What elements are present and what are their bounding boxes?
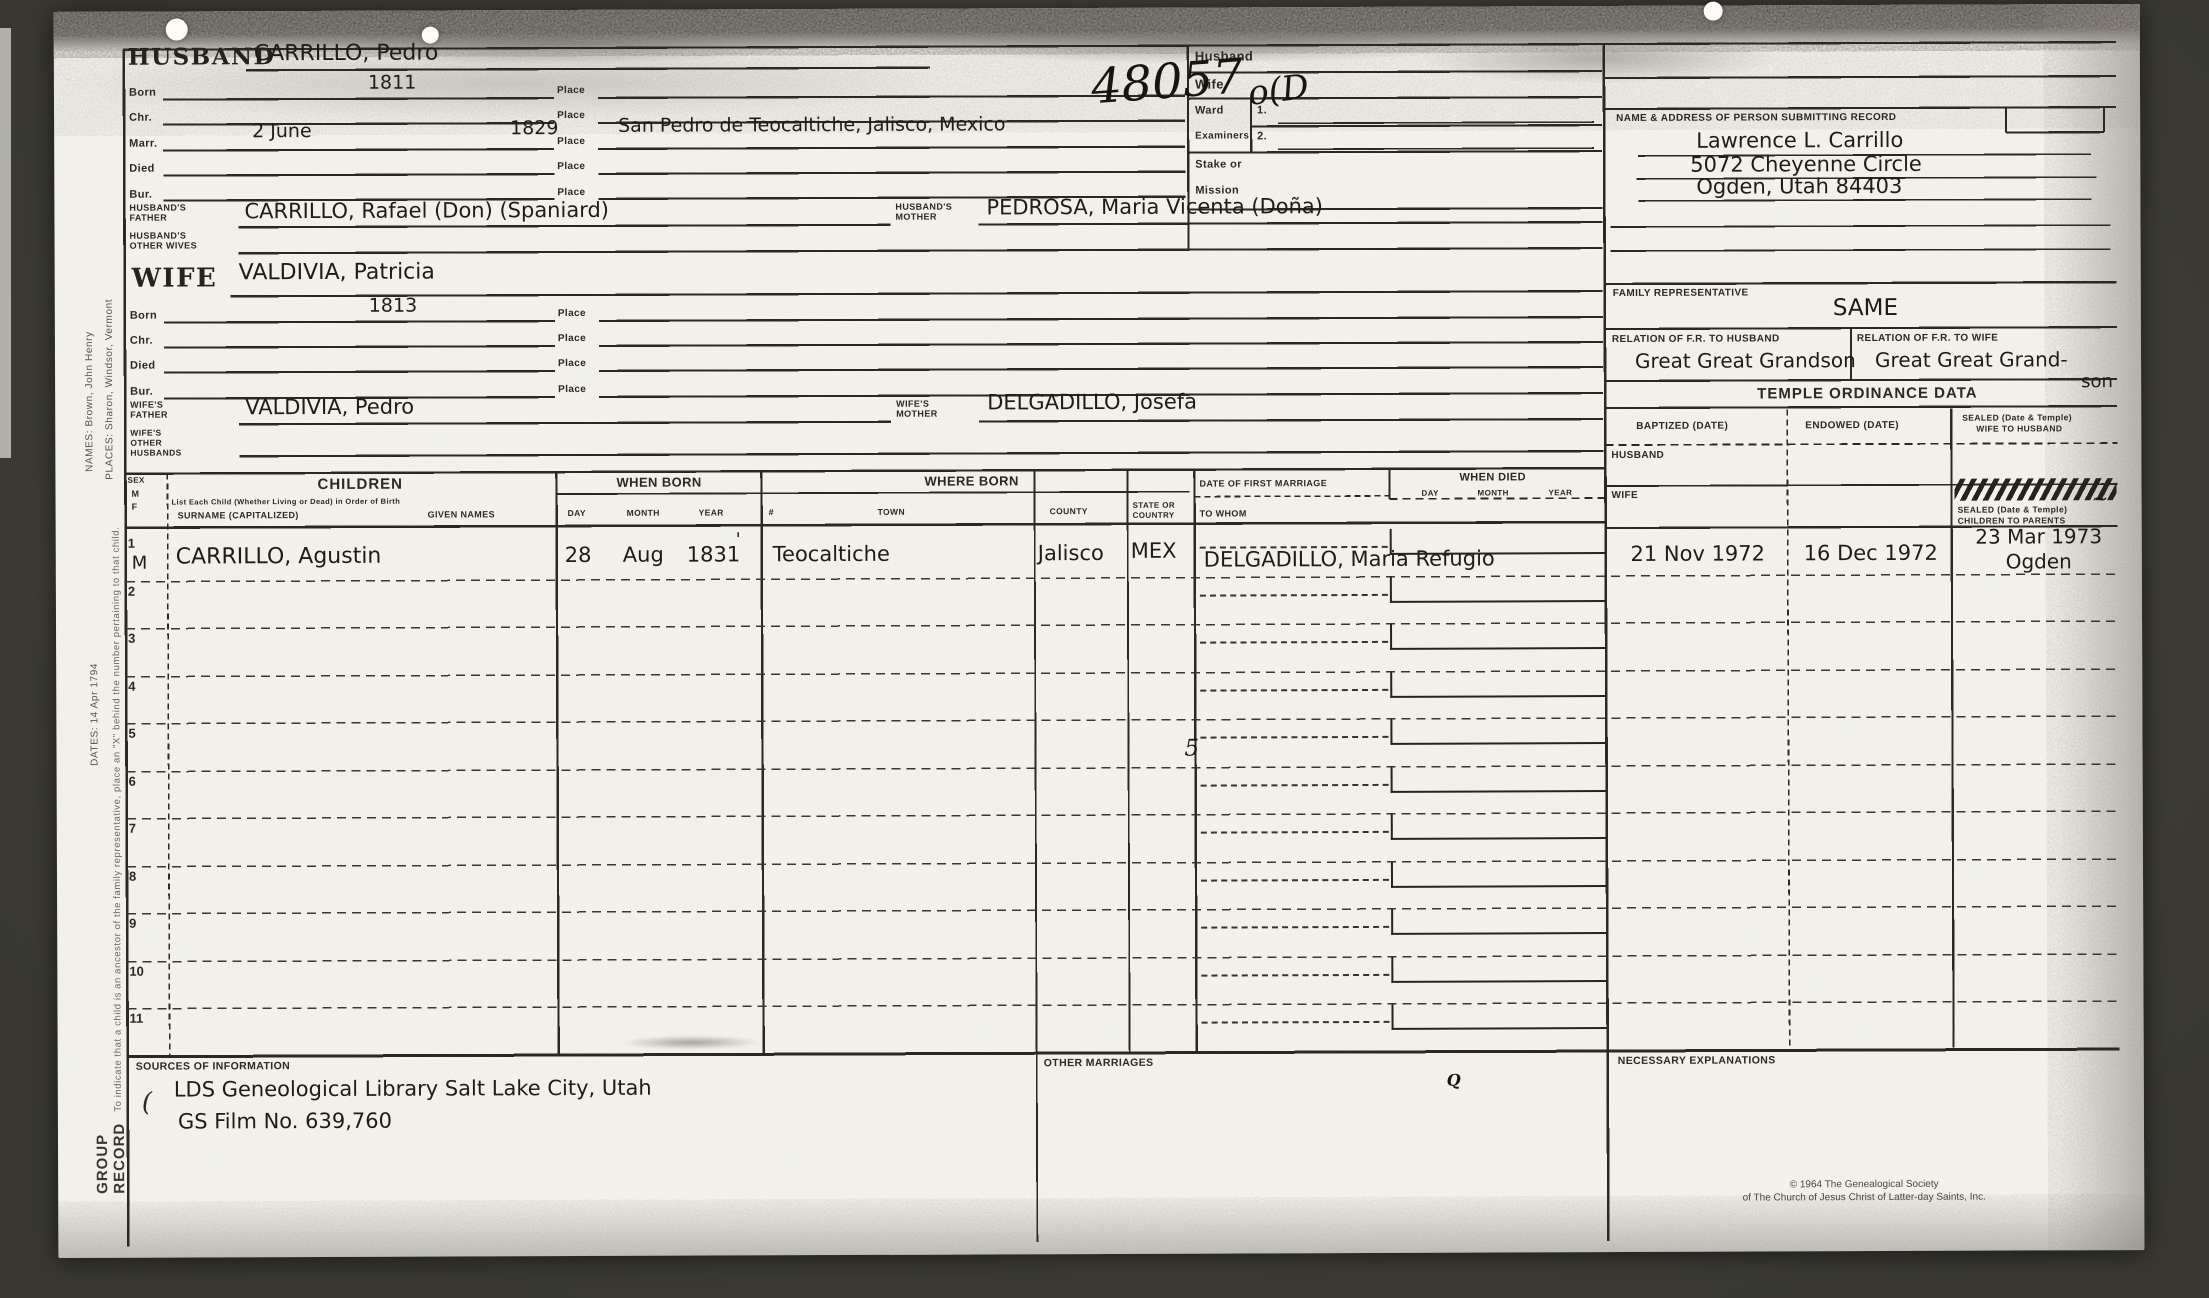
- sealed-wife-header: WIFE TO HUSBAND: [1976, 424, 2062, 433]
- copyright-notice: © 1964 The Genealogical Society of The C…: [1634, 1178, 2094, 1205]
- when-died-header: WHEN DIED: [1459, 472, 1526, 483]
- submitter-city: Ogden, Utah 84403: [1696, 176, 1902, 198]
- child-baptized-date: 21 Nov 1972: [1608, 543, 1788, 565]
- wife-mother-label: WIFE'S: [896, 400, 929, 409]
- child-sealed-temple: [1954, 694, 2124, 695]
- child-row: 7: [126, 811, 2121, 866]
- child-baptized-date: [1608, 733, 1788, 734]
- child-number: 7: [129, 822, 136, 835]
- when-died-box: [1391, 956, 1606, 983]
- relation-husband-label: RELATION OF F.R. TO HUSBAND: [1612, 334, 1780, 345]
- child-endowed-date: [1791, 923, 1953, 924]
- child-sealed-temple: [1955, 931, 2125, 932]
- wife-father-label: WIFE'S: [130, 401, 163, 410]
- family-representative-value: SAME: [1833, 297, 1898, 320]
- child-endowed-date: [1790, 638, 1952, 639]
- child-endowed-date: [1790, 591, 1952, 592]
- child-row: 3: [125, 621, 2120, 676]
- to-whom-line: [1201, 879, 1389, 882]
- child-row: 10: [126, 954, 2121, 1009]
- year-header: YEAR: [699, 508, 724, 517]
- baptized-column-header: BAPTIZED (DATE): [1636, 422, 1728, 432]
- to-whom-line: [1200, 689, 1388, 692]
- when-died-box: [1391, 813, 1606, 840]
- child-name: CARRILLO, Agustin: [176, 546, 382, 569]
- child-sealed-date: [1955, 906, 2125, 907]
- wife-other-husbands-label: WIFE'S: [130, 429, 161, 438]
- relation-wife-value-cont: son: [2081, 373, 2113, 391]
- wife-father-label: FATHER: [130, 411, 168, 420]
- endowed-column-header: ENDOWED (DATE): [1805, 421, 1899, 431]
- husband-father-label: FATHER: [129, 214, 167, 223]
- child-sealed-temple: [1955, 836, 2125, 837]
- child-sealed-date: [1954, 621, 2124, 622]
- to-whom-line: [1200, 594, 1388, 597]
- child-endowed-date: [1792, 1018, 1954, 1019]
- child-row: 2: [125, 574, 2120, 629]
- child-baptized-date: [1608, 638, 1788, 639]
- child-sealed-date: 23 Mar 1973: [1954, 526, 2124, 547]
- child-number: 9: [129, 917, 136, 930]
- scanned-family-group-record: HUSBAND CARRILLO, Pedro Born 1811 Place …: [0, 0, 2209, 1298]
- temple-husband-row-label: HUSBAND: [1611, 451, 1664, 461]
- place-label: Place: [558, 309, 586, 319]
- group-record-line-2: RECORD: [111, 1123, 128, 1194]
- source-line-2: GS Film No. 639,760: [178, 1111, 392, 1133]
- child-sealed-date: [1955, 1001, 2125, 1002]
- child-row: 6: [126, 764, 2121, 819]
- day-header: DAY: [568, 509, 586, 518]
- to-whom-line: [1201, 974, 1389, 977]
- wife-born-value: 1813: [369, 297, 417, 316]
- died-year-header: YEAR: [1549, 489, 1573, 497]
- child-row: 4: [125, 669, 2120, 724]
- explanations-header: NECESSARY EXPLANATIONS: [1618, 1055, 1776, 1066]
- child-born-county: Jalisco: [1038, 543, 1104, 564]
- to-whom-line: [1201, 926, 1389, 929]
- place-label: Place: [558, 334, 586, 344]
- wife-mother-value: DELGADILLO, Josefa: [987, 392, 1197, 414]
- punch-hole: [166, 18, 188, 40]
- first-marriage-header: DATE OF FIRST MARRIAGE: [1199, 479, 1327, 488]
- given-names-header: GIVEN NAMES: [428, 510, 495, 519]
- place-label: Place: [557, 86, 585, 96]
- when-died-box: [1390, 528, 1605, 555]
- place-label: Place: [557, 162, 585, 172]
- child-endowed-date: [1791, 781, 1953, 782]
- to-whom-line: [1200, 641, 1388, 644]
- wife-died-label: Died: [130, 361, 155, 372]
- child-baptized-date: [1608, 591, 1788, 592]
- to-whom-line: [1201, 831, 1389, 834]
- place-label: Place: [557, 137, 585, 147]
- child-sealed-temple: [1955, 884, 2125, 885]
- punch-hole: [1704, 2, 1723, 21]
- place-label: Place: [558, 359, 586, 369]
- child-row: 11: [126, 1001, 2121, 1056]
- child-sealed-temple: Ogden: [1954, 551, 2124, 572]
- when-died-box: [1390, 576, 1605, 603]
- husband-mother-label: MOTHER: [895, 213, 936, 222]
- child-row: 5: [125, 716, 2120, 771]
- child-baptized-date: [1609, 781, 1789, 782]
- mission-label: Mission: [1195, 185, 1239, 196]
- when-died-box: [1391, 1003, 1606, 1030]
- child-endowed-date: [1790, 733, 1952, 734]
- child-sex: M: [132, 555, 148, 573]
- husband-born-value: 1811: [368, 74, 416, 93]
- child-number: 6: [129, 775, 136, 788]
- child-sealed-date: [1955, 764, 2125, 765]
- copyright-line-2: of The Church of Jesus Christ of Latter-…: [1743, 1191, 1986, 1203]
- handwritten-paren: (: [142, 1090, 152, 1116]
- child-born-country: MEX: [1131, 541, 1177, 562]
- to-whom-line: [1202, 1021, 1390, 1024]
- child-endowed-date: 16 Dec 1972: [1790, 543, 1952, 565]
- town-mark: #: [769, 508, 774, 517]
- other-marriages-header: OTHER MARRIAGES: [1044, 1058, 1154, 1069]
- child-endowed-date: [1791, 971, 1953, 972]
- child-sealed-temple: [1955, 979, 2125, 980]
- source-line-1: LDS Geneological Library Salt Lake City,…: [174, 1078, 652, 1101]
- margin-names-example: NAMES: Brown, John Henry: [85, 331, 96, 472]
- ink-squiggle: ~: [2092, 488, 2109, 508]
- husband-marr-day: 2 June: [252, 122, 312, 141]
- group-record-line-1: GROUP: [94, 1134, 111, 1194]
- child-number: 2: [128, 585, 135, 598]
- when-died-box: [1391, 766, 1606, 793]
- child-sealed-temple: [1955, 789, 2125, 790]
- when-died-box: [1390, 671, 1605, 698]
- wife-bur-label: Bur.: [130, 387, 153, 398]
- wife-section-label: WIFE: [132, 265, 218, 291]
- child-sealed-date: [1954, 669, 2124, 670]
- child-sealed-temple: [1954, 599, 2124, 600]
- sealed-wife-header: SEALED (Date & Temple): [1962, 413, 2072, 422]
- place-label: Place: [557, 111, 585, 121]
- husband-name-value: CARRILLO, Pedro: [254, 43, 439, 66]
- handwritten-5-mark: 5: [1184, 738, 1199, 761]
- margin-instruction: To indicate that a child is an ancestor …: [112, 527, 124, 1112]
- when-died-box: [1391, 908, 1606, 935]
- child-born-day: 28: [565, 545, 592, 566]
- wife-chr-label: Chr.: [130, 336, 153, 347]
- state-header: COUNTRY: [1133, 512, 1175, 520]
- wife-name-value: VALDIVIA, Patricia: [239, 262, 435, 285]
- when-died-box: [1390, 718, 1605, 745]
- ink-blot: Q: [1447, 1073, 1461, 1089]
- child-sealed-temple: [1954, 741, 2124, 742]
- husband-other-wives-label: HUSBAND'S: [130, 232, 187, 241]
- stake-label: Stake or: [1195, 159, 1242, 170]
- child-sealed-date: [1955, 954, 2125, 955]
- died-day-header: DAY: [1422, 490, 1439, 498]
- punch-hole: [422, 27, 439, 44]
- child-born-town: Teocaltiche: [773, 544, 890, 565]
- handwritten-control-number: 48057: [1089, 52, 1245, 111]
- relation-wife-value: Great Great Grand-: [1875, 349, 2068, 370]
- margin-places-example: PLACES: Sharon, Windsor, Vermont: [105, 299, 116, 480]
- child-baptized-date: [1609, 828, 1789, 829]
- child-number: 8: [129, 870, 136, 883]
- child-number: 10: [129, 965, 144, 978]
- sex-f: F: [132, 503, 138, 512]
- examiner-2: 2.: [1257, 131, 1267, 142]
- where-born-header: WHERE BORN: [924, 474, 1018, 487]
- child-baptized-date: [1609, 971, 1789, 972]
- place-label: Place: [558, 385, 586, 395]
- wife-other-husbands-label: HUSBANDS: [130, 449, 181, 458]
- husband-marr-place: San Pedro de Teocaltiche, Jalisco, Mexic…: [618, 115, 1005, 135]
- to-whom-line: [1201, 784, 1389, 787]
- child-sealed-temple: [1954, 646, 2124, 647]
- place-label: Place: [557, 188, 585, 198]
- copyright-line-1: © 1964 The Genealogical Society: [1790, 1179, 1939, 1191]
- relation-wife-label: RELATION OF F.R. TO WIFE: [1857, 334, 1998, 345]
- sources-header: SOURCES OF INFORMATION: [136, 1061, 290, 1072]
- child-born-year: 1831: [687, 544, 741, 565]
- husband-bur-label: Bur.: [129, 190, 152, 201]
- ink-tick: ': [736, 531, 741, 549]
- child-endowed-date: [1791, 828, 1953, 829]
- relation-husband-value: Great Great Grandson: [1635, 350, 1856, 371]
- child-sealed-date: [1955, 811, 2125, 812]
- when-died-box: [1390, 623, 1605, 650]
- surname-header: SURNAME (CAPITALIZED): [178, 511, 299, 520]
- husband-mother-value: PEDROSA, Maria Vicenta (Doña): [986, 196, 1323, 218]
- when-died-box: [1391, 861, 1606, 888]
- submitter-name: Lawrence L. Carrillo: [1696, 130, 1903, 152]
- child-number: 4: [128, 680, 135, 693]
- child-sealed-date: [1954, 574, 2124, 575]
- when-born-header: WHEN BORN: [616, 476, 701, 489]
- husband-other-wives-label: OTHER WIVES: [130, 241, 197, 250]
- month-header: MONTH: [627, 509, 660, 518]
- child-sealed-date: [1955, 859, 2125, 860]
- child-number: 1: [128, 537, 135, 550]
- wife-father-value: VALDIVIA, Pedro: [245, 397, 414, 419]
- group-record-label: GROUP RECORD: [94, 1123, 128, 1194]
- husband-marr-year: 1829: [510, 119, 558, 138]
- child-baptized-date: [1609, 923, 1789, 924]
- pencil-smudge: [622, 1035, 762, 1050]
- child-baptized-date: [1608, 686, 1788, 687]
- sealed-children-header: SEALED (Date & Temple): [1958, 505, 2068, 514]
- sex-header: SEX: [127, 477, 144, 485]
- child-row: 8: [126, 859, 2121, 914]
- temple-wife-row-label: WIFE: [1612, 491, 1639, 501]
- child-row: 9: [126, 906, 2121, 961]
- husband-father-label: HUSBAND'S: [129, 204, 186, 213]
- submitter-header: NAME & ADDRESS OF PERSON SUBMITTING RECO…: [1616, 113, 1896, 124]
- child-baptized-date: [1610, 1018, 1790, 1019]
- child-endowed-date: [1790, 686, 1952, 687]
- to-whom-line: [1200, 736, 1388, 739]
- child-number: 5: [128, 727, 135, 740]
- county-header: COUNTY: [1050, 507, 1088, 516]
- wife-other-husbands-label: OTHER: [130, 439, 162, 448]
- husband-mother-label: HUSBAND'S: [895, 203, 952, 212]
- handwritten-flourish: o(D: [1246, 70, 1311, 111]
- child-number: 11: [129, 1012, 143, 1025]
- child-number: 3: [128, 632, 135, 645]
- child-born-month: Aug: [623, 545, 664, 566]
- husband-marr-label: Marr.: [129, 139, 157, 150]
- child-sealed-date: [1954, 716, 2124, 717]
- child-row: 1 M CARRILLO, Agustin 28 Aug 1831 Teocal…: [125, 526, 2120, 581]
- state-header: STATE OR: [1133, 502, 1175, 510]
- examiners-label: Examiners:: [1195, 131, 1253, 141]
- wife-mother-label: MOTHER: [896, 410, 937, 419]
- town-header: TOWN: [878, 508, 905, 517]
- died-month-header: MONTH: [1478, 489, 1509, 497]
- family-representative-header: FAMILY REPRESENTATIVE: [1613, 289, 1749, 300]
- temple-ordinance-header: TEMPLE ORDINANCE DATA: [1757, 386, 1978, 402]
- children-note: List Each Child (Whether Living or Dead)…: [172, 498, 401, 506]
- wife-born-label: Born: [130, 311, 157, 322]
- submitter-street: 5072 Cheyenne Circle: [1690, 154, 1922, 176]
- husband-died-label: Died: [129, 164, 154, 175]
- children-header: CHILDREN: [317, 477, 403, 492]
- husband-father-value: CARRILLO, Rafael (Don) (Spaniard): [244, 200, 609, 222]
- husband-born-label: Born: [129, 88, 156, 99]
- husband-chr-label: Chr.: [129, 113, 152, 124]
- sex-m: M: [131, 490, 139, 499]
- child-baptized-date: [1609, 876, 1789, 877]
- paper-wrap: HUSBAND CARRILLO, Pedro Born 1811 Place …: [0, 0, 2209, 1298]
- child-sealed-temple: [1956, 1026, 2126, 1027]
- child-endowed-date: [1791, 876, 1953, 877]
- margin-dates-example: DATES: 14 Apr 1794: [90, 663, 100, 766]
- to-whom-header: TO WHOM: [1200, 509, 1247, 518]
